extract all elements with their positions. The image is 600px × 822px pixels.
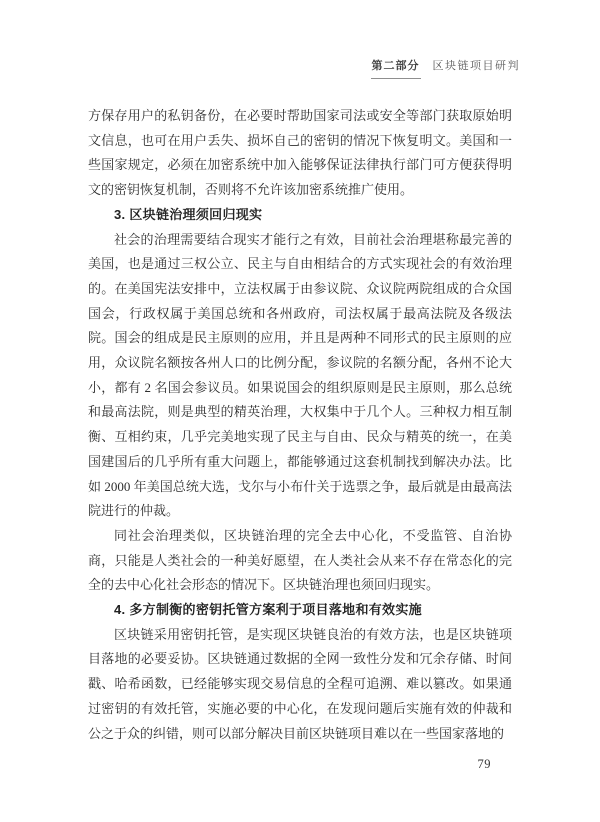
paragraph-continuation: 方保存用户的私钥备份，在必要时帮助国家司法或安全等部门获取原始明文信息，也可在用… bbox=[88, 104, 512, 203]
page-header: 第二部分区块链项目研判 bbox=[371, 59, 521, 79]
page-number: 79 bbox=[478, 757, 492, 772]
part-title: 区块链项目研判 bbox=[433, 60, 521, 72]
paragraph-social-governance: 社会的治理需要结合现实才能行之有效，目前社会治理堪称最完善的美国，也是通过三权公… bbox=[88, 228, 512, 524]
section-heading-3: 3. 区块链治理须回归现实 bbox=[88, 203, 512, 228]
part-label: 第二部分 bbox=[371, 59, 421, 79]
section-heading-4: 4. 多方制衡的密钥托管方案利于项目落地和有效实施 bbox=[88, 598, 512, 623]
page-content: 方保存用户的私钥备份，在必要时帮助国家司法或安全等部门获取原始明文信息，也可在用… bbox=[88, 104, 512, 746]
paragraph-key-escrow: 区块链采用密钥托管，是实现区块链良治的有效方法，也是区块链项目落地的必要妥协。区… bbox=[88, 623, 512, 747]
book-page: 第二部分区块链项目研判 方保存用户的私钥备份，在必要时帮助国家司法或安全等部门获… bbox=[0, 0, 600, 822]
paragraph-blockchain-governance: 同社会治理类似，区块链治理的完全去中心化，不受监管、自治协商，只能是人类社会的一… bbox=[88, 524, 512, 598]
